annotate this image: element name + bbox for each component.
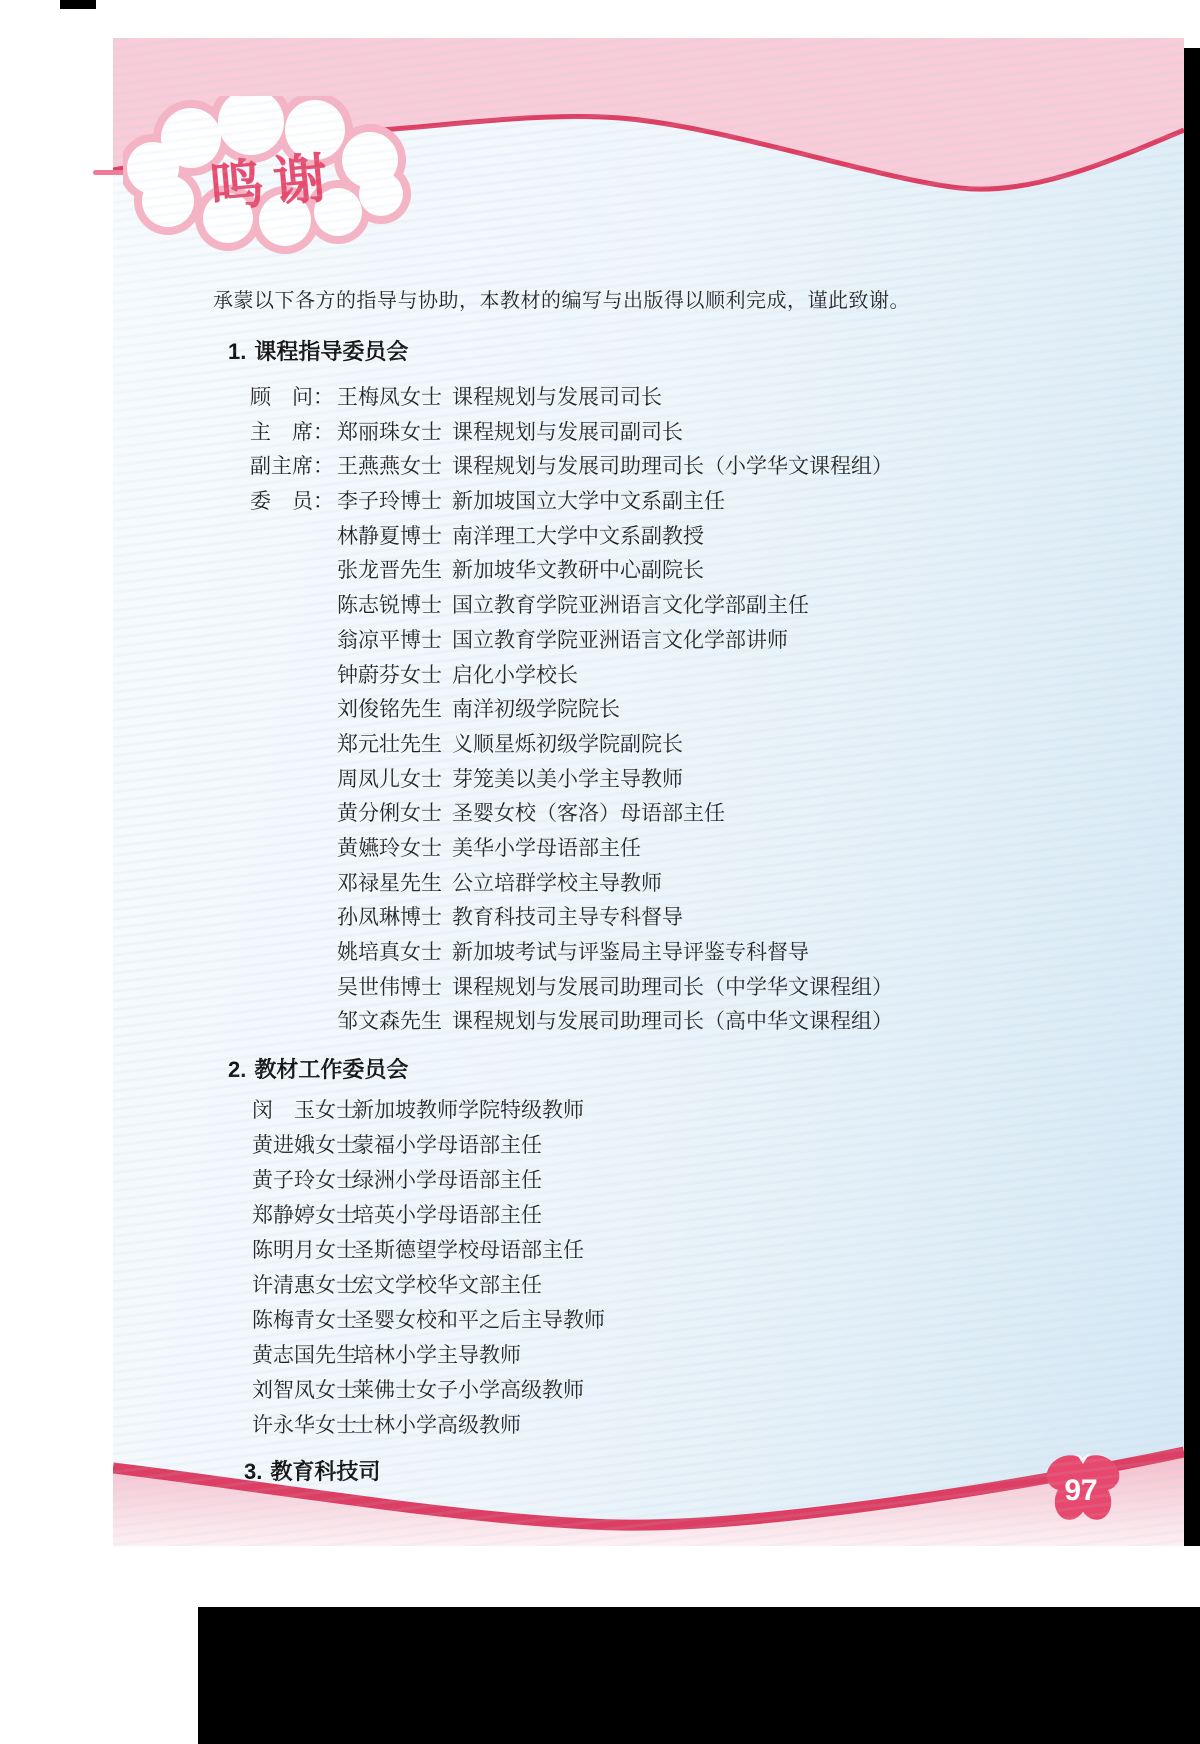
committee-row: 郑元壮先生义顺星烁初级学院副院长	[228, 727, 893, 762]
member-title: 南洋初级学院院长	[452, 697, 620, 721]
member-title: 培英小学母语部主任	[353, 1203, 542, 1227]
member-title: 教育科技司主导专科督导	[452, 905, 683, 929]
member-title: 国立教育学院亚洲语言文化学部副主任	[452, 593, 809, 617]
committee-row: 吴世伟博士课程规划与发展司助理司长（中学华文课程组）	[228, 970, 893, 1005]
member-name: 张龙晋先生	[337, 553, 452, 588]
committee-row: 委 员：李子玲博士新加坡国立大学中文系副主任	[228, 484, 893, 519]
page-number-butterfly: 97	[1043, 1450, 1123, 1528]
member-name: 王梅凤女士	[337, 380, 452, 415]
committee-row: 闵 玉女士新加坡教师学院特级教师	[228, 1093, 605, 1128]
member-title: 新加坡华文教研中心副院长	[452, 558, 704, 582]
member-name: 邓禄星先生	[337, 866, 452, 901]
role-label: 委 员：	[250, 484, 337, 519]
committee-row: 张龙晋先生新加坡华文教研中心副院长	[228, 553, 893, 588]
committee-section: 2.教材工作委员会 闵 玉女士新加坡教师学院特级教师 黄进娥女士蒙福小学母语部主…	[228, 1056, 605, 1443]
member-title: 课程规划与发展司司长	[452, 385, 662, 409]
member-name: 林静夏博士	[337, 519, 452, 554]
scanned-page-canvas: 鸣谢 承蒙以下各方的指导与协助，本教材的编写与出版得以顺利完成，谨此致谢。 1.…	[0, 0, 1200, 1744]
member-title: 课程规划与发展司助理司长（中学华文课程组）	[452, 975, 893, 999]
member-name: 吴世伟博士	[337, 970, 452, 1005]
member-name: 黄进娥女士	[252, 1128, 353, 1163]
member-name: 周凤儿女士	[337, 762, 452, 797]
member-title: 国立教育学院亚洲语言文化学部讲师	[452, 628, 788, 652]
member-name: 刘智凤女士	[252, 1373, 353, 1408]
committee-row: 邓禄星先生公立培群学校主导教师	[228, 866, 893, 901]
intro-paragraph: 承蒙以下各方的指导与协助，本教材的编写与出版得以顺利完成，谨此致谢。	[213, 284, 913, 313]
member-title: 美华小学母语部主任	[452, 836, 641, 860]
member-name: 陈明月女士	[252, 1233, 353, 1268]
committee-rows: 顾 问：王梅凤女士课程规划与发展司司长 主 席：郑丽珠女士课程规划与发展司副司长…	[228, 380, 893, 1039]
role-label: 主 席：	[250, 415, 337, 450]
member-name: 李子玲博士	[337, 484, 452, 519]
member-name: 钟蔚芬女士	[337, 658, 452, 693]
committee-row: 许清惠女士宏文学校华文部主任	[228, 1268, 605, 1303]
member-name: 王燕燕女士	[337, 449, 452, 484]
member-title: 绿洲小学母语部主任	[353, 1168, 542, 1192]
member-title: 新加坡教师学院特级教师	[353, 1098, 584, 1122]
book-page: 鸣谢 承蒙以下各方的指导与协助，本教材的编写与出版得以顺利完成，谨此致谢。 1.…	[113, 38, 1184, 1546]
member-name: 黄嬿玲女士	[337, 831, 452, 866]
section-heading: 1.课程指导委员会	[228, 338, 893, 366]
committee-row: 姚培真女士新加坡考试与评鉴局主导评鉴专科督导	[228, 935, 893, 970]
member-name: 邹文森先生	[337, 1004, 452, 1039]
member-title: 芽笼美以美小学主导教师	[452, 767, 683, 791]
member-name: 姚培真女士	[337, 935, 452, 970]
committee-row: 陈志锐博士国立教育学院亚洲语言文化学部副主任	[228, 588, 893, 623]
member-name: 翁凉平博士	[337, 623, 452, 658]
committee-row: 陈明月女士圣斯德望学校母语部主任	[228, 1233, 605, 1268]
footer-ribbon-decoration	[113, 1418, 1184, 1546]
committee-section: 1.课程指导委员会 顾 问：王梅凤女士课程规划与发展司司长 主 席：郑丽珠女士课…	[228, 338, 893, 1039]
member-title: 圣婴女校（客洛）母语部主任	[452, 801, 725, 825]
member-title: 圣斯德望学校母语部主任	[353, 1238, 584, 1262]
committee-row: 黄嬿玲女士美华小学母语部主任	[228, 831, 893, 866]
member-title: 圣婴女校和平之后主导教师	[353, 1308, 605, 1332]
acknowledgments-cloud-badge: 鸣谢	[123, 96, 423, 256]
committee-row: 陈梅青女士圣婴女校和平之后主导教师	[228, 1303, 605, 1338]
member-name: 孙凤琳博士	[337, 900, 452, 935]
member-title: 南洋理工大学中文系副教授	[452, 524, 704, 548]
section-title: 教材工作委员会	[254, 1057, 408, 1082]
role-label: 顾 问：	[250, 380, 337, 415]
member-name: 郑丽珠女士	[337, 415, 452, 450]
member-title: 蒙福小学母语部主任	[353, 1133, 542, 1157]
committee-row: 黄志国先生培林小学主导教师	[228, 1338, 605, 1373]
committee-row: 主 席：郑丽珠女士课程规划与发展司副司长	[228, 415, 893, 450]
member-name: 陈志锐博士	[337, 588, 452, 623]
committee-row: 邹文森先生课程规划与发展司助理司长（高中华文课程组）	[228, 1004, 893, 1039]
member-name: 陈梅青女士	[252, 1303, 353, 1338]
member-name: 黄志国先生	[252, 1338, 353, 1373]
member-name: 许清惠女士	[252, 1268, 353, 1303]
section-heading: 2.教材工作委员会	[228, 1056, 605, 1084]
member-title: 启化小学校长	[452, 663, 578, 687]
member-name: 黄分俐女士	[337, 796, 452, 831]
committee-row: 孙凤琳博士教育科技司主导专科督导	[228, 900, 893, 935]
committee-row: 林静夏博士南洋理工大学中文系副教授	[228, 519, 893, 554]
committee-row: 郑静婷女士培英小学母语部主任	[228, 1198, 605, 1233]
member-name: 郑静婷女士	[252, 1198, 353, 1233]
member-title: 课程规划与发展司助理司长（小学华文课程组）	[452, 454, 893, 478]
committee-row: 黄进娥女士蒙福小学母语部主任	[228, 1128, 605, 1163]
section-title: 课程指导委员会	[254, 339, 408, 364]
member-title: 新加坡考试与评鉴局主导评鉴专科督导	[452, 940, 809, 964]
committee-row: 周凤儿女士芽笼美以美小学主导教师	[228, 762, 893, 797]
committee-row: 黄分俐女士圣婴女校（客洛）母语部主任	[228, 796, 893, 831]
committee-row: 黄子玲女士绿洲小学母语部主任	[228, 1163, 605, 1198]
section-number: 1.	[228, 339, 246, 364]
committee-row: 副主席：王燕燕女士课程规划与发展司助理司长（小学华文课程组）	[228, 449, 893, 484]
section-number: 2.	[228, 1057, 246, 1082]
committee-rows: 闵 玉女士新加坡教师学院特级教师 黄进娥女士蒙福小学母语部主任 黄子玲女士绿洲小…	[228, 1093, 605, 1443]
member-title: 课程规划与发展司助理司长（高中华文课程组）	[452, 1009, 893, 1033]
member-name: 郑元壮先生	[337, 727, 452, 762]
scan-edge-mark-right	[1184, 48, 1200, 1546]
committee-row: 刘俊铭先生南洋初级学院院长	[228, 692, 893, 727]
committee-row: 刘智凤女士莱佛士女子小学高级教师	[228, 1373, 605, 1408]
member-title: 公立培群学校主导教师	[452, 871, 662, 895]
member-title: 课程规划与发展司副司长	[452, 420, 683, 444]
role-label: 副主席：	[250, 449, 337, 484]
committee-row: 钟蔚芬女士启化小学校长	[228, 658, 893, 693]
committee-row: 翁凉平博士国立教育学院亚洲语言文化学部讲师	[228, 623, 893, 658]
member-title: 新加坡国立大学中文系副主任	[452, 489, 725, 513]
scan-edge-mark-top-left	[60, 0, 96, 9]
member-name: 刘俊铭先生	[337, 692, 452, 727]
committee-row: 顾 问：王梅凤女士课程规划与发展司司长	[228, 380, 893, 415]
member-title: 义顺星烁初级学院副院长	[452, 732, 683, 756]
member-title: 宏文学校华文部主任	[353, 1273, 542, 1297]
member-name: 黄子玲女士	[252, 1163, 353, 1198]
page-number: 97	[1043, 1474, 1119, 1508]
scan-edge-mark-bottom	[198, 1607, 1200, 1744]
member-title: 莱佛士女子小学高级教师	[353, 1378, 584, 1402]
member-name: 闵 玉女士	[252, 1093, 353, 1128]
member-title: 培林小学主导教师	[353, 1343, 521, 1367]
